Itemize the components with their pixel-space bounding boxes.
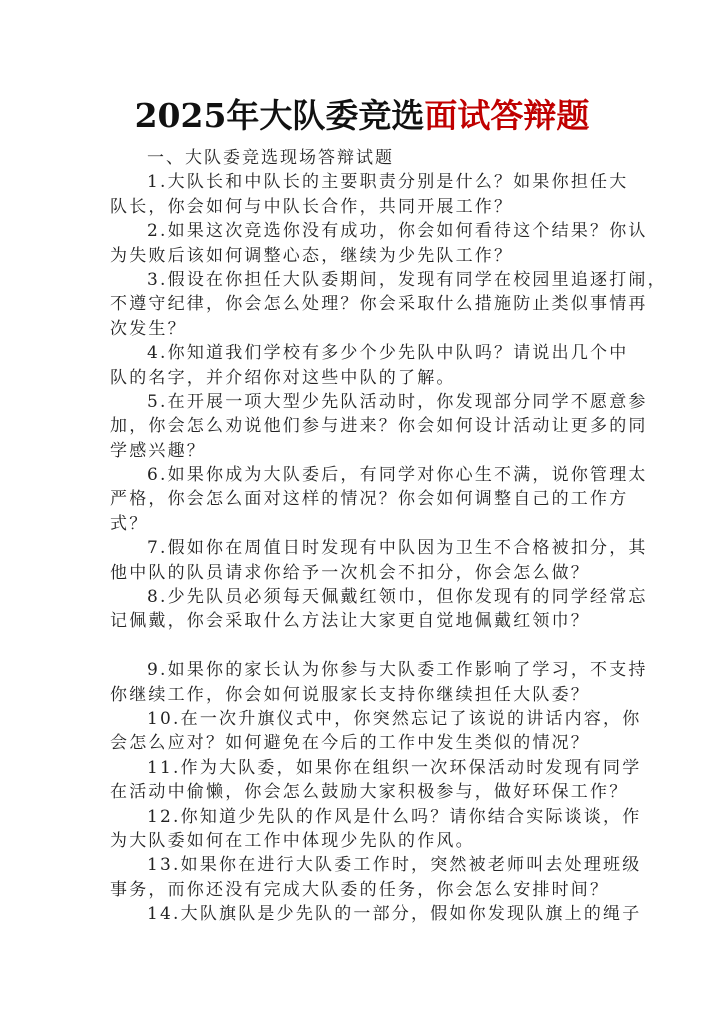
question-5-line-1: 5.在开展一项大型少先队活动时，你发现部分同学不愿意参: [110, 390, 616, 414]
question-9-line-2: 你继续工作，你会如何说服家长支持你继续担任大队委？: [110, 683, 616, 707]
question-5-line-3: 学感兴趣？: [110, 439, 616, 463]
question-13-line-1: 13.如果你在进行大队委工作时，突然被老师叫去处理班级: [110, 853, 616, 877]
question-10-line-1: 10.在一次升旗仪式中，你突然忘记了该说的讲话内容，你: [110, 707, 616, 731]
blank-line: [110, 634, 616, 658]
document-title: 2025年大队委竞选面试答辩题: [0, 94, 724, 138]
question-3-line-2: 不遵守纪律，你会怎么处理？你会采取什么措施防止类似事情再: [110, 292, 616, 316]
question-2-line-1: 2.如果这次竞选你没有成功，你会如何看待这个结果？你认: [110, 219, 616, 243]
question-1-line-1: 1.大队长和中队长的主要职责分别是什么？如果你担任大: [110, 170, 616, 194]
question-9-line-1: 9.如果你的家长认为你参与大队委工作影响了学习，不支持: [110, 658, 616, 682]
question-14-line-1: 14.大队旗队是少先队的一部分，假如你发现队旗上的绳子: [110, 902, 616, 926]
title-black-part: 2025年大队委竞选: [135, 96, 425, 135]
question-4-line-1: 4.你知道我们学校有多少个少先队中队吗？请说出几个中: [110, 341, 616, 365]
question-3-line-3: 次发生？: [110, 317, 616, 341]
question-1-line-2: 队长，你会如何与中队长合作，共同开展工作？: [110, 195, 616, 219]
question-10-line-2: 会怎么应对？如何避免在今后的工作中发生类似的情况？: [110, 731, 616, 755]
question-8-line-1: 8.少先队员必须每天佩戴红领巾，但你发现有的同学经常忘: [110, 585, 616, 609]
section-heading: 一、大队委竞选现场答辩试题: [110, 146, 616, 170]
question-4-line-2: 队的名字，并介绍你对这些中队的了解。: [110, 366, 616, 390]
document-body: 一、大队委竞选现场答辩试题 1.大队长和中队长的主要职责分别是什么？如果你担任大…: [110, 146, 616, 927]
question-13-line-2: 事务，而你还没有完成大队委的任务，你会怎么安排时间？: [110, 878, 616, 902]
question-7-line-2: 他中队的队员请求你给予一次机会不扣分，你会怎么做？: [110, 561, 616, 585]
question-7-line-1: 7.假如你在周值日时发现有中队因为卫生不合格被扣分，其: [110, 536, 616, 560]
question-11-line-1: 11.作为大队委，如果你在组织一次环保活动时发现有同学: [110, 756, 616, 780]
document-page: 2025年大队委竞选面试答辩题 一、大队委竞选现场答辩试题 1.大队长和中队长的…: [0, 0, 724, 1024]
question-11-line-2: 在活动中偷懒，你会怎么鼓励大家积极参与，做好环保工作？: [110, 780, 616, 804]
question-12-line-1: 12.你知道少先队的作风是什么吗？请你结合实际谈谈，作: [110, 805, 616, 829]
question-2-line-2: 为失败后该如何调整心态，继续为少先队工作？: [110, 244, 616, 268]
question-6-line-2: 严格，你会怎么面对这样的情况？你会如何调整自己的工作方: [110, 487, 616, 511]
question-5-line-2: 加，你会怎么劝说他们参与进来？你会如何设计活动让更多的同: [110, 414, 616, 438]
question-6-line-3: 式？: [110, 512, 616, 536]
question-12-line-2: 为大队委如何在工作中体现少先队的作风。: [110, 829, 616, 853]
title-red-part: 面试答辩题: [424, 96, 589, 135]
question-8-line-2: 记佩戴，你会采取什么方法让大家更自觉地佩戴红领巾？: [110, 609, 616, 633]
question-3-line-1: 3.假设在你担任大队委期间，发现有同学在校园里追逐打闹，: [110, 268, 616, 292]
question-6-line-1: 6.如果你成为大队委后，有同学对你心生不满，说你管理太: [110, 463, 616, 487]
